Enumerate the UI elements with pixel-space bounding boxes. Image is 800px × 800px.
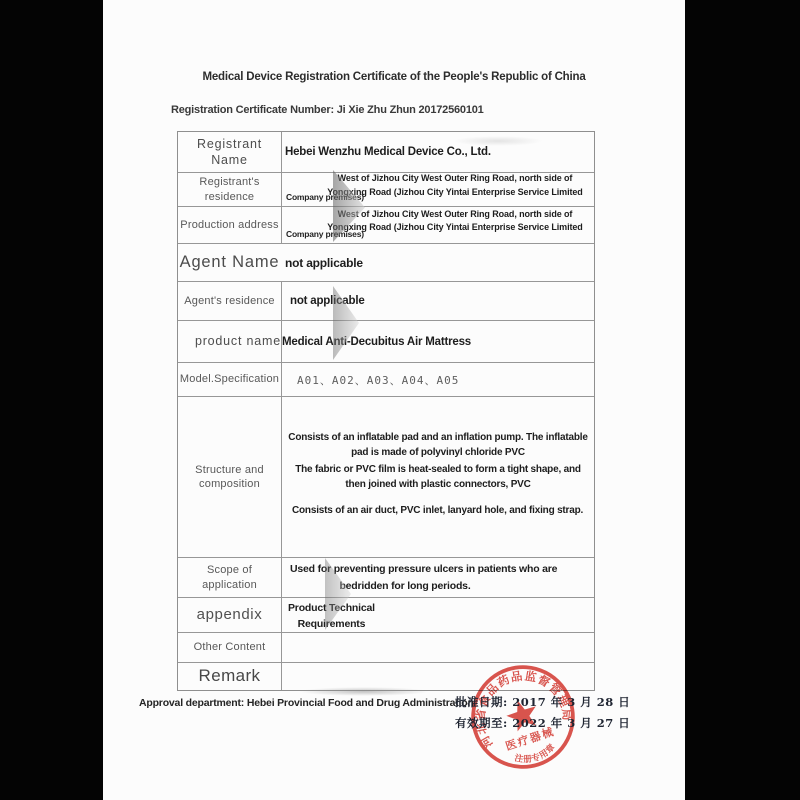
certificate-page: Medical Device Registration Certificate … [103, 0, 685, 800]
certificate-table: Registrant Name Hebei Wenzhu Medical Dev… [177, 131, 595, 691]
scan-border-left [0, 0, 103, 800]
row-label: product name [178, 321, 282, 362]
document-title: Medical Device Registration Certificate … [103, 71, 685, 83]
table-row-agent-residence: Agent's residence not applicable [178, 281, 594, 320]
row-label: Agent Name [178, 244, 282, 281]
table-row-agent-name: Agent Name not applicable [178, 243, 594, 281]
row-label: Registrant's residence [178, 173, 282, 206]
row-label: Registrant Name [178, 132, 282, 172]
row-value: not applicable [282, 282, 594, 320]
row-value: not applicable [282, 244, 594, 281]
appendix-line-1: Product Technical [288, 601, 375, 617]
date-block: 批准日期: 2017 年 3 月 28 日 有效期至: 2022 年 3 月 2… [455, 692, 645, 733]
row-label: appendix [178, 598, 282, 632]
approval-department: Approval department: Hebei Provincial Fo… [139, 697, 474, 709]
structure-line-2: The fabric or PVC film is heat-sealed to… [282, 463, 594, 492]
row-value: West of Jizhou City West Outer Ring Road… [282, 173, 594, 206]
row-value: A01、A02、A03、A04、A05 [282, 363, 594, 396]
scope-line-1: Used for preventing pressure ulcers in p… [290, 561, 594, 577]
valid-until-date: 有效期至: 2022 年 3 月 27 日 [455, 713, 645, 734]
row-label: Model.Specification [178, 363, 282, 396]
row-value [282, 633, 594, 662]
table-row-registrant-residence: Registrant's residence West of Jizhou Ci… [178, 172, 594, 206]
table-row-scope-of-application: Scope of application Used for preventing… [178, 557, 594, 597]
row-label: Remark [178, 663, 282, 690]
table-row-registrant-name: Registrant Name Hebei Wenzhu Medical Dev… [178, 132, 594, 172]
table-row-production-address: Production address West of Jizhou City W… [178, 206, 594, 243]
table-row-appendix: appendix Product Technical Requirements [178, 597, 594, 632]
row-value: Hebei Wenzhu Medical Device Co., Ltd. [282, 132, 594, 172]
table-row-model-specification: Model.Specification A01、A02、A03、A04、A05 [178, 362, 594, 396]
structure-line-3: Consists of an air duct, PVC inlet, lany… [282, 504, 594, 519]
row-value: Used for preventing pressure ulcers in p… [282, 558, 594, 597]
row-label: Agent's residence [178, 282, 282, 320]
table-row-other-content: Other Content [178, 632, 594, 662]
address-text: West of Jizhou City West Outer Ring Road… [282, 170, 594, 209]
row-value: Consists of an inflatable pad and an inf… [282, 397, 594, 557]
address-note: Company premises) [286, 229, 364, 239]
row-label: Structure and composition [178, 397, 282, 557]
scan-border-right [685, 0, 800, 800]
appendix-line-2: Requirements [288, 617, 375, 633]
structure-line-1: Consists of an inflatable pad and an inf… [282, 431, 594, 460]
row-value: Product Technical Requirements [282, 598, 594, 632]
row-label: Scope of application [178, 558, 282, 597]
row-label: Production address [178, 207, 282, 243]
table-row-product-name: product name Medical Anti-Decubitus Air … [178, 320, 594, 362]
approval-date: 批准日期: 2017 年 3 月 28 日 [455, 692, 645, 713]
address-note: Company premises) [286, 192, 364, 202]
scope-line-2: bedridden for long periods. [290, 578, 520, 594]
row-label: Other Content [178, 633, 282, 662]
registration-number: Registration Certificate Number: Ji Xie … [171, 104, 484, 116]
row-value: Medical Anti-Decubitus Air Mattress [282, 321, 594, 362]
table-row-structure-composition: Structure and composition Consists of an… [178, 396, 594, 557]
row-value: West of Jizhou City West Outer Ring Road… [282, 207, 594, 243]
appendix-text: Product Technical Requirements [288, 601, 375, 633]
